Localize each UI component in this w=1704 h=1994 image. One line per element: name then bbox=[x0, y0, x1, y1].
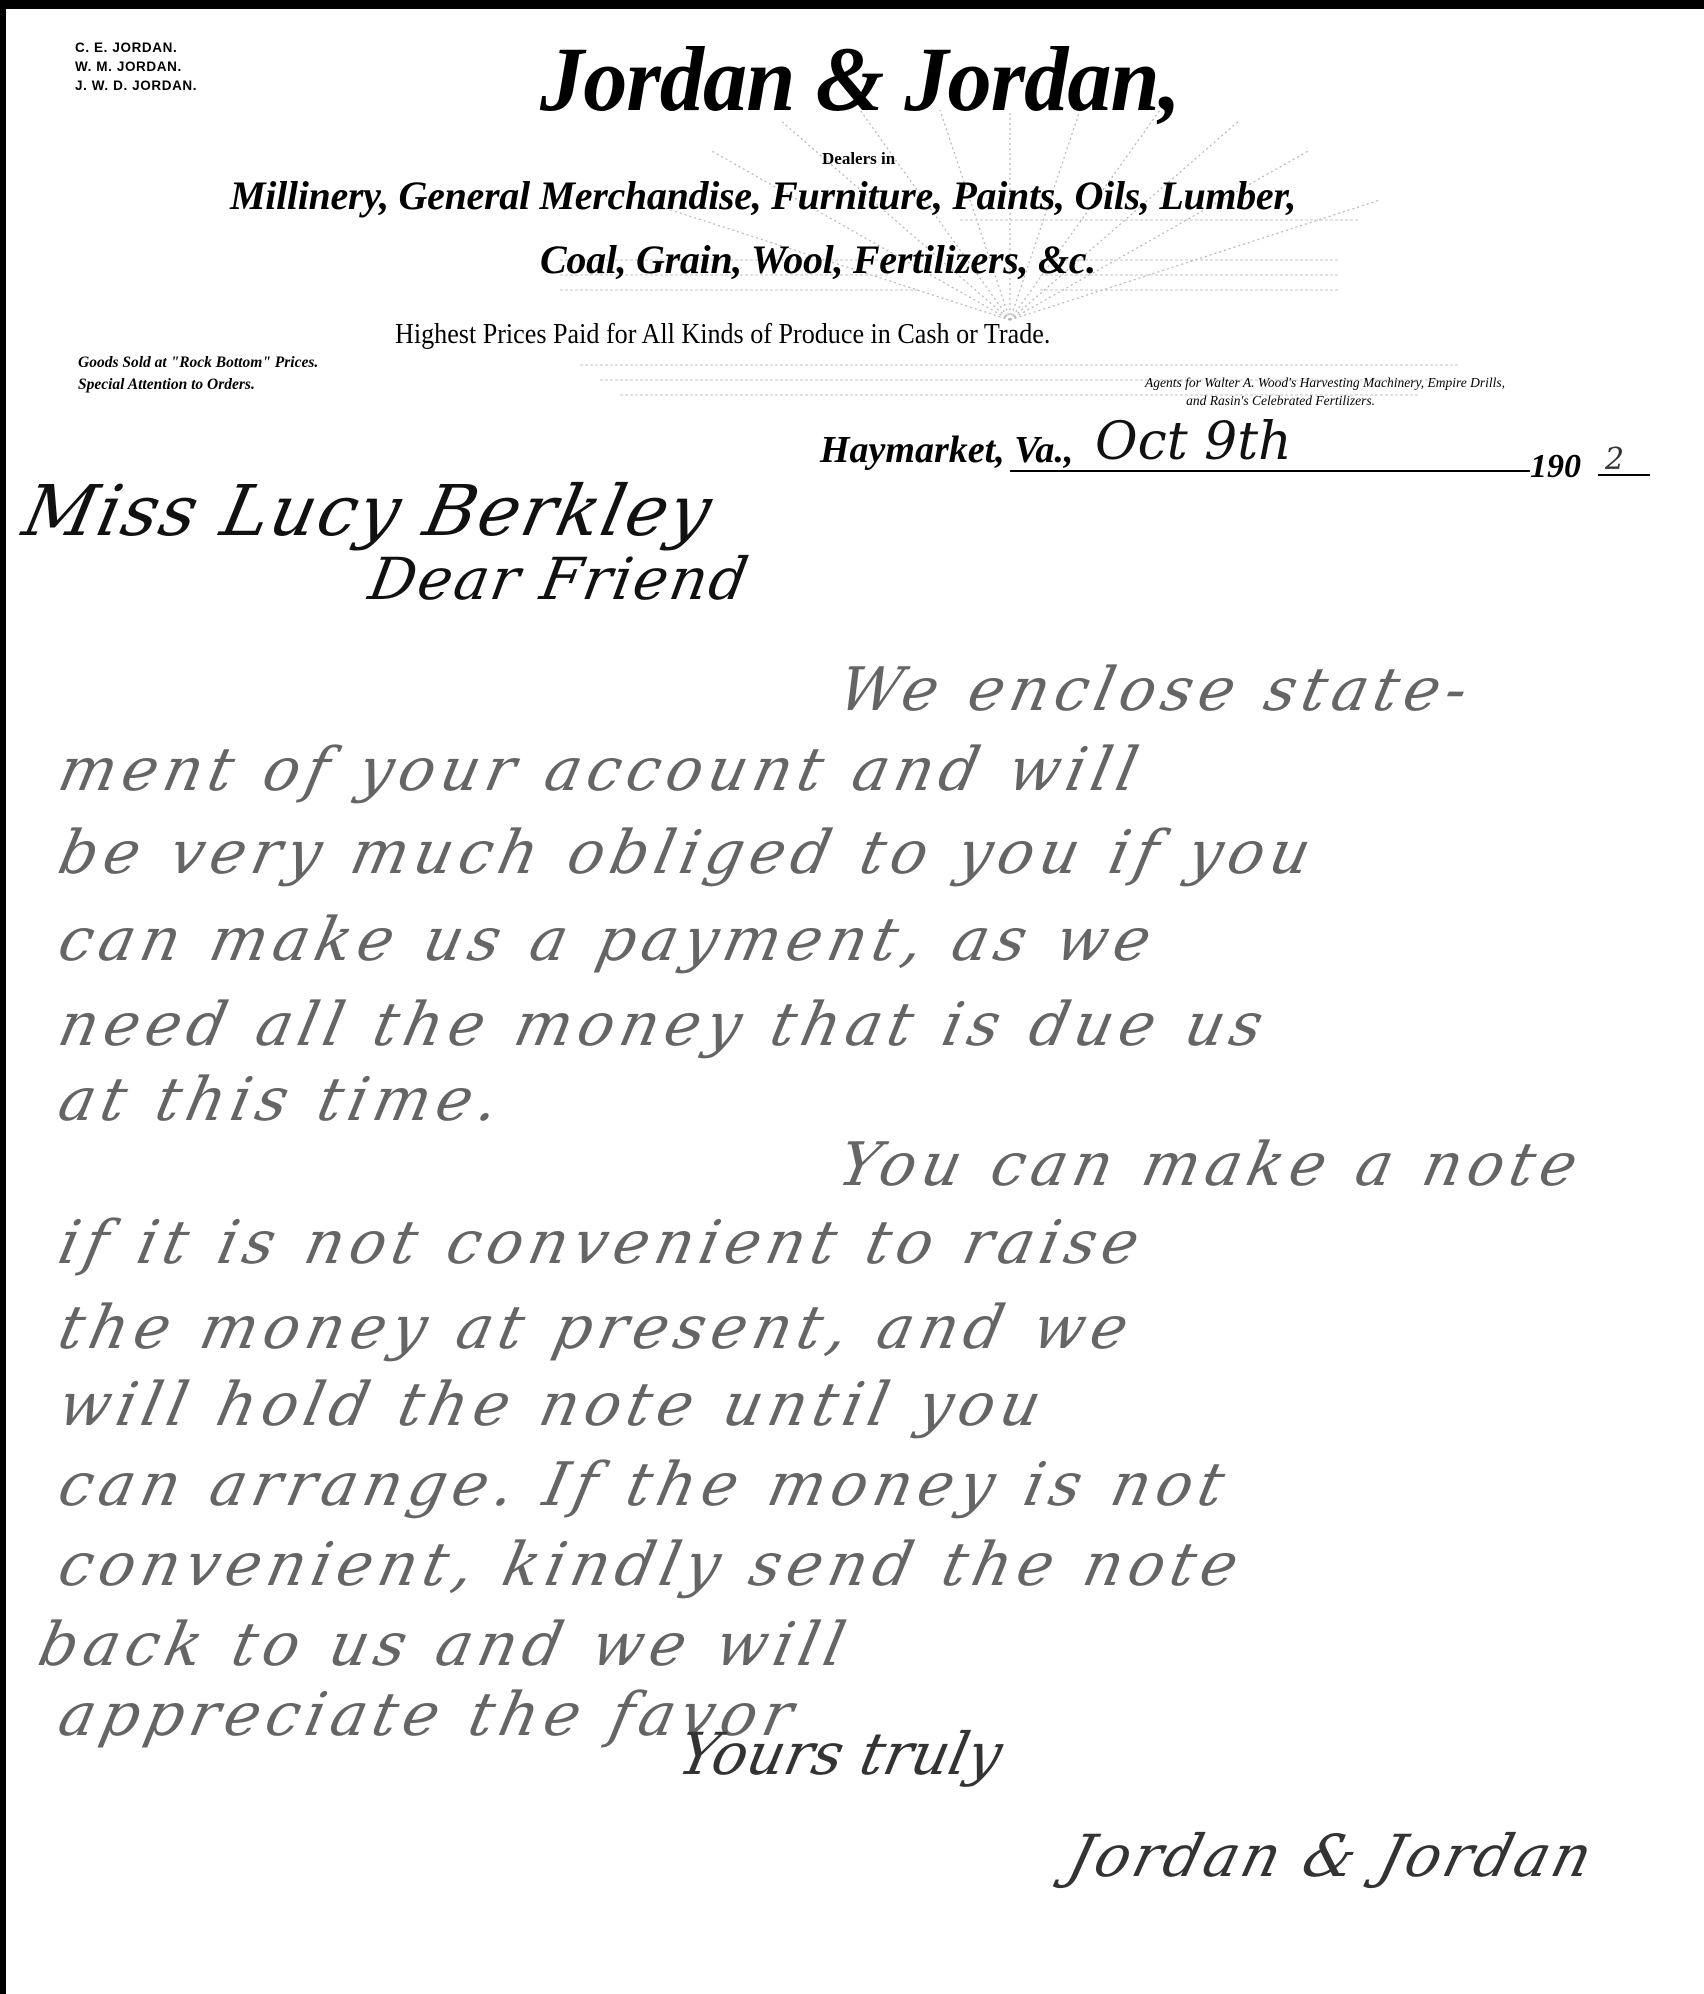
salutation: Dear Friend bbox=[364, 545, 755, 613]
date-handwritten: Oct 9th bbox=[1095, 412, 1292, 472]
body-line: You can make a note bbox=[833, 1130, 1590, 1200]
agents-line: and Rasin's Celebrated Fertilizers. bbox=[1145, 392, 1505, 410]
firm-name: Jordan & Jordan, bbox=[540, 26, 1180, 132]
place-label: Haymarket, Va., bbox=[820, 428, 1073, 472]
body-line: need all the money that is due us bbox=[53, 990, 1276, 1060]
body-line: can make us a payment, as we bbox=[53, 905, 1164, 975]
recipient: Miss Lucy Berkley bbox=[16, 470, 720, 552]
scan-border-top bbox=[0, 0, 1704, 9]
year-handwritten: 2 bbox=[1605, 442, 1624, 477]
letter-page: C. E. JORDAN. W. M. JORDAN. J. W. D. JOR… bbox=[0, 0, 1704, 1994]
body-line: back to us and we will bbox=[33, 1610, 858, 1680]
dealers-in-label: Dealers in bbox=[822, 149, 895, 169]
partner-names: C. E. JORDAN. W. M. JORDAN. J. W. D. JOR… bbox=[75, 38, 197, 95]
tagline: Highest Prices Paid for All Kinds of Pro… bbox=[395, 318, 1050, 351]
goods-line-2: Coal, Grain, Wool, Fertilizers, &c. bbox=[540, 236, 1096, 283]
partner-name: W. M. JORDAN. bbox=[75, 57, 197, 76]
partner-name: C. E. JORDAN. bbox=[75, 38, 197, 57]
body-line: be very much obliged to you if you bbox=[53, 818, 1323, 888]
body-line: at this time. bbox=[53, 1065, 511, 1135]
slogan-line: Goods Sold at "Rock Bottom" Prices. bbox=[78, 352, 318, 374]
year-printed: 190 bbox=[1530, 448, 1581, 486]
slogan: Goods Sold at "Rock Bottom" Prices. Spec… bbox=[78, 352, 318, 396]
agents-line: Agents for Walter A. Wood's Harvesting M… bbox=[1145, 374, 1505, 392]
body-line: the money at present, and we bbox=[53, 1293, 1141, 1363]
agents-note: Agents for Walter A. Wood's Harvesting M… bbox=[1145, 374, 1505, 410]
body-line: can arrange. If the money is not bbox=[53, 1450, 1237, 1520]
year-rule bbox=[1598, 474, 1650, 476]
slogan-line: Special Attention to Orders. bbox=[78, 374, 318, 396]
partner-name: J. W. D. JORDAN. bbox=[75, 76, 197, 95]
goods-line-1: Millinery, General Merchandise, Furnitur… bbox=[230, 172, 1296, 219]
body-line: convenient, kindly send the note bbox=[53, 1530, 1251, 1600]
closing: Yours truly bbox=[673, 1720, 1009, 1788]
body-line: We enclose state- bbox=[833, 655, 1480, 725]
body-line: ment of your account and will bbox=[53, 735, 1150, 805]
signature: Jordan & Jordan bbox=[1062, 1822, 1602, 1890]
body-line: will hold the note until you bbox=[53, 1370, 1054, 1440]
scan-border-left bbox=[0, 0, 6, 1994]
body-line: if it is not convenient to raise bbox=[53, 1208, 1152, 1278]
